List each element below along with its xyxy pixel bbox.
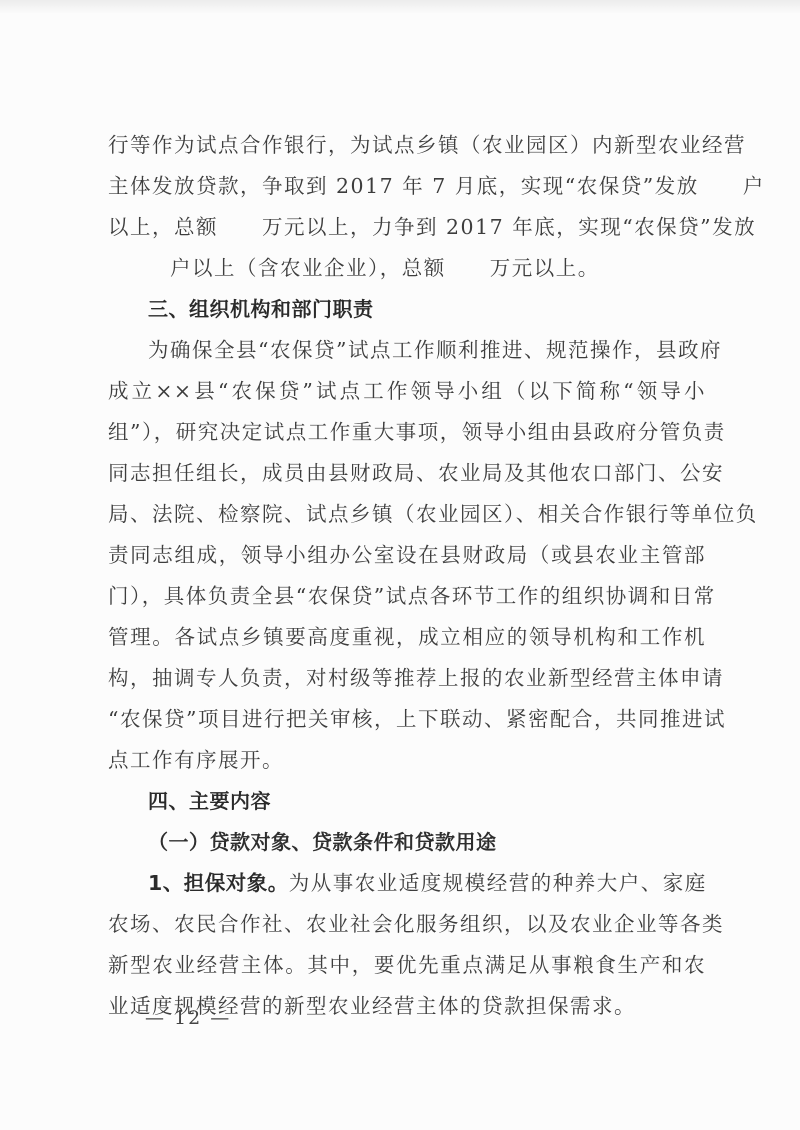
subsection-heading: （一）贷款对象、贷款条件和贷款用途: [148, 824, 497, 860]
paragraph-line: 点工作有序展开。: [108, 742, 706, 778]
item-lead: 1、担保对象。: [148, 871, 289, 895]
item-text: 为从事农业适度规模经营的种养大户、家庭: [289, 871, 707, 895]
paragraph-line: 为确保全县“农保贷”试点工作顺利推进、规范操作，县政府: [148, 332, 706, 368]
section-heading: 四、主要内容: [148, 783, 271, 819]
paragraph-line: 成立××县“农保贷”试点工作领导小组（以下简称“领导小: [108, 373, 706, 409]
paragraph-line: 以上，总额 万元以上，力争到 2017 年底，实现“农保贷”发放: [108, 209, 706, 245]
paragraph-line: 同志担任组长，成员由县财政局、农业局及其他农口部门、公安: [108, 455, 706, 491]
paragraph-line: 门），具体负责全县“农保贷”试点各环节工作的组织协调和日常: [108, 578, 706, 614]
paragraph-line: 组”），研究决定试点工作重大事项，领导小组由县政府分管负责: [108, 414, 706, 450]
section-heading: 三、组织机构和部门职责: [148, 291, 374, 327]
paragraph-line: 管理。各试点乡镇要高度重视，成立相应的领导机构和工作机: [108, 619, 706, 655]
scan-edge-shadow: [0, 0, 800, 14]
paragraph-line: 行等作为试点合作银行，为试点乡镇（农业园区）内新型农业经营: [108, 127, 706, 163]
paragraph-line: 新型农业经营主体。其中，要优先重点满足从事粮食生产和农: [108, 947, 706, 983]
document-page: 行等作为试点合作银行，为试点乡镇（农业园区）内新型农业经营 主体发放贷款，争取到…: [0, 0, 800, 1130]
paragraph-line: 责同志组成，领导小组办公室设在县财政局（或县农业主管部: [108, 537, 706, 573]
paragraph-line: 户以上（含农业企业），总额 万元以上。: [148, 250, 706, 286]
paragraph-line: 主体发放贷款，争取到 2017 年 7 月底，实现“农保贷”发放 户: [108, 168, 706, 204]
paragraph-line: 局、法院、检察院、试点乡镇（农业园区）、相关合作银行等单位负: [108, 496, 706, 532]
page-number: — 12 —: [145, 1003, 231, 1033]
paragraph-line: “农保贷”项目进行把关审核，上下联动、紧密配合，共同推进试: [108, 701, 706, 737]
paragraph-line: 农场、农民合作社、农业社会化服务组织，以及农业企业等各类: [108, 906, 706, 942]
paragraph-line: 1、担保对象。为从事农业适度规模经营的种养大户、家庭: [148, 865, 706, 901]
paragraph-line: 构，抽调专人负责，对村级等推荐上报的农业新型经营主体申请: [108, 660, 706, 696]
